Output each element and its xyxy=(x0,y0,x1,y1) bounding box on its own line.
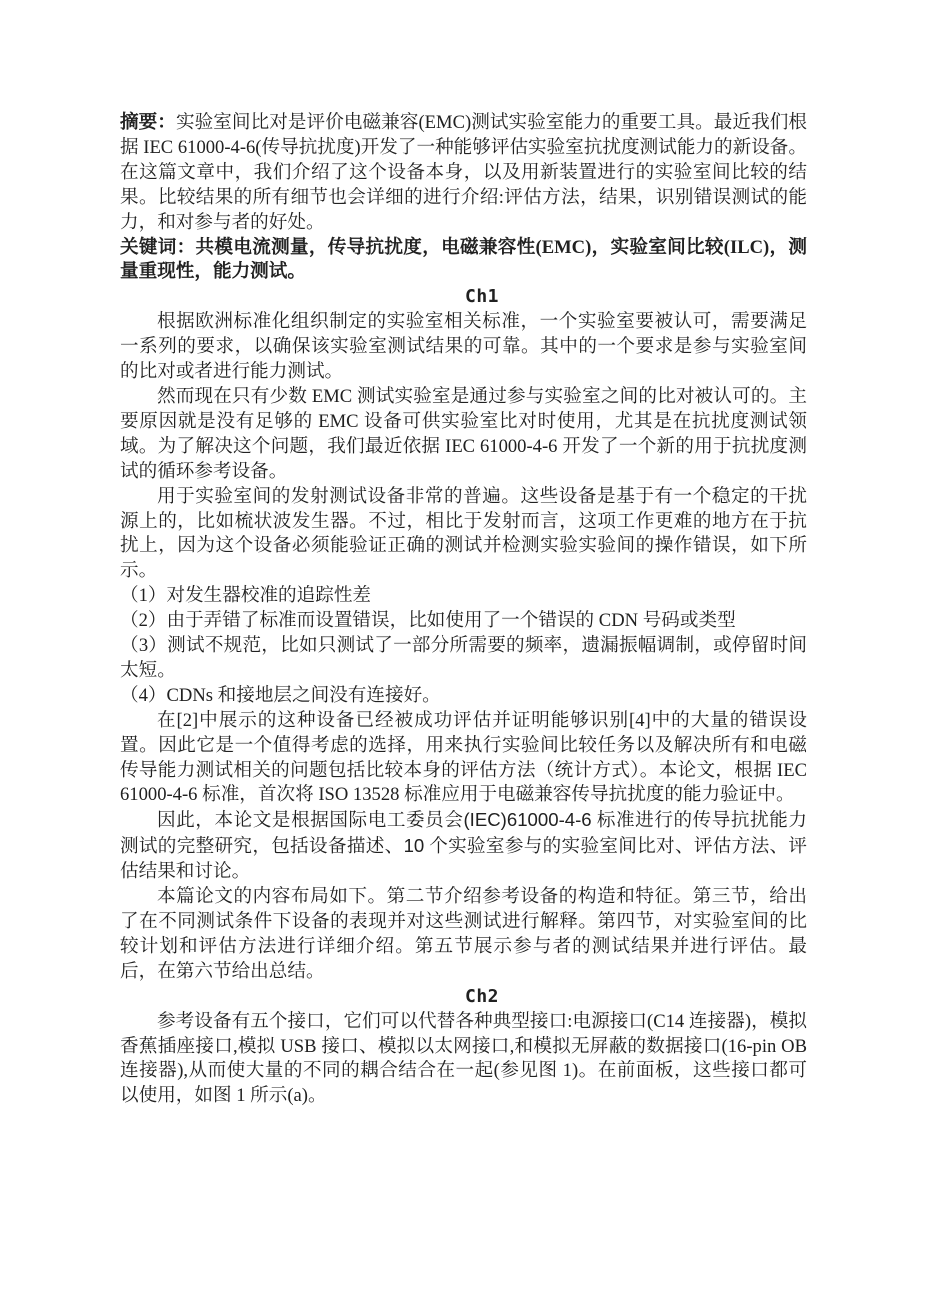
abstract-label: 摘要： xyxy=(120,112,176,133)
section1-paragraph-6: 本篇论文的内容布局如下。第二节介绍参考设备的构造和特征。第三节，给出了在不同测试… xyxy=(120,885,807,985)
section1-paragraph-5-seg1: 因此，本论文是根据国际电工委员会 xyxy=(157,810,463,831)
list-item-3: （3）测试不规范，比如只测试了一部分所需要的频率，遗漏振幅调制，或停留时间太短。 xyxy=(120,634,807,684)
section1-paragraph-5-seg2: (IEC)61000-4-6 xyxy=(463,809,591,830)
section1-paragraph-3: 用于实验室间的发射测试设备非常的普遍。这些设备是基于有一个稳定的干扰源上的，比如… xyxy=(120,485,807,585)
section1-paragraph-2: 然而现在只有少数 EMC 测试实验室是通过参与实验室之间的比对被认可的。主要原因… xyxy=(120,385,807,485)
section1-paragraph-5-seg4: 10 xyxy=(404,835,425,856)
document-content: 摘要：实验室间比对是评价电磁兼容(EMC)测试实验室能力的重要工具。最近我们根据… xyxy=(120,111,807,1109)
abstract-text: 实验室间比对是评价电磁兼容(EMC)测试实验室能力的重要工具。最近我们根据 IE… xyxy=(120,112,807,233)
list-item-2: （2）由于弄错了标准而设置错误，比如使用了一个错误的 CDN 号码或类型 xyxy=(120,609,807,634)
section1-heading: Ch1 xyxy=(120,285,807,310)
section1-paragraph-5: 因此，本论文是根据国际电工委员会(IEC)61000-4-6 标准进行的传导抗扰… xyxy=(120,808,807,885)
section2-heading: Ch2 xyxy=(120,985,807,1010)
abstract-paragraph: 摘要：实验室间比对是评价电磁兼容(EMC)测试实验室能力的重要工具。最近我们根据… xyxy=(120,111,807,236)
keywords-paragraph: 关键词：共模电流测量，传导抗扰度，电磁兼容性(EMC)，实验室间比较(ILC)，… xyxy=(120,236,807,286)
section1-paragraph-4: 在[2]中展示的这种设备已经被成功评估并证明能够识别[4]中的大量的错误设置。因… xyxy=(120,709,807,809)
section2-paragraph-1: 参考设备有五个接口，它们可以代替各种典型接口:电源接口(C14 连接器)，模拟香… xyxy=(120,1010,807,1110)
list-item-4: （4）CDNs 和接地层之间没有连接好。 xyxy=(120,684,807,709)
section1-paragraph-1: 根据欧洲标准化组织制定的实验室相关标准，一个实验室要被认可，需要满足一系列的要求… xyxy=(120,310,807,385)
list-item-1: （1）对发生器校准的追踪性差 xyxy=(120,584,807,609)
document-page: 摘要：实验室间比对是评价电磁兼容(EMC)测试实验室能力的重要工具。最近我们根据… xyxy=(0,0,926,1309)
